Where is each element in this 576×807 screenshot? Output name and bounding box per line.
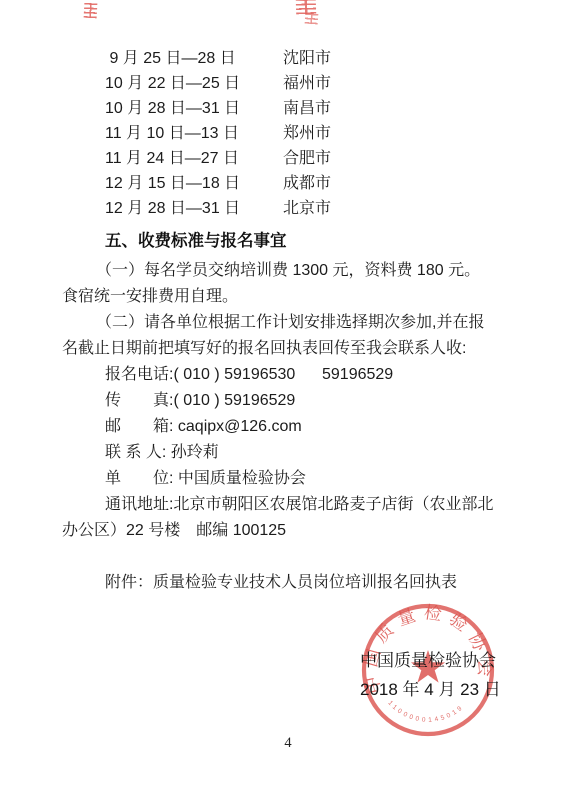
city-name: 郑州市 [283,121,331,146]
city-name: 北京市 [283,196,331,221]
signature-block: 中国质量检验协会 2018 年 4 月 23 日 [360,646,501,704]
city-name: 成都市 [283,171,331,196]
schedule-row: 12 月 28 日—31 日 北京市 [105,196,516,221]
paragraph-line: （二）请各单位根据工作计划安排选择期次参加,并在报 [96,310,516,336]
schedule-row: 10 月 28 日—31 日 南昌市 [105,96,516,121]
attachment-line: 附件：质量检验专业技术人员岗位培训报名回执表 [105,570,516,596]
city-name: 南昌市 [283,96,331,121]
city-name: 合肥市 [283,146,331,171]
schedule-row: 12 月 15 日—18 日 成都市 [105,171,516,196]
date-range: 10 月 28 日—31 日 [105,96,283,121]
stamp-fragment [305,13,319,25]
address-line: 办公区）22 号楼 邮编 100125 [62,518,516,544]
signature-date: 2018 年 4 月 23 日 [360,675,501,704]
schedule-row: 9 月 25 日—28 日 沈阳市 [105,46,516,71]
schedule-row: 11 月 10 日—13 日 郑州市 [105,121,516,146]
date-range: 10 月 22 日—25 日 [105,71,283,96]
city-name: 福州市 [283,71,331,96]
contact-line-unit: 单 位: 中国质量检验协会 [105,466,516,492]
contact-line-email: 邮 箱: caqipx@126.com [105,414,516,440]
city-name: 沈阳市 [283,46,331,71]
date-range: 9 月 25 日—28 日 [105,46,283,71]
section-heading: 五、收费标准与报名事宜 [105,228,516,254]
date-range: 11 月 24 日—27 日 [105,146,283,171]
date-range: 11 月 10 日—13 日 [105,121,283,146]
contact-line-phone: 报名电话:( 010 ) 59196530 59196529 [105,362,516,388]
document-page: 9 月 25 日—28 日 沈阳市 10 月 22 日—25 日 福州市 10 … [0,0,576,807]
contact-line-person: 联 系 人: 孙玲莉 [105,440,516,466]
document-body: 9 月 25 日—28 日 沈阳市 10 月 22 日—25 日 福州市 10 … [62,46,516,596]
schedule-row: 11 月 24 日—27 日 合肥市 [105,146,516,171]
date-range: 12 月 15 日—18 日 [105,171,283,196]
stamp-fragment [84,3,98,19]
schedule-row: 10 月 22 日—25 日 福州市 [105,71,516,96]
paragraph-line: 食宿统一安排费用自理。 [62,284,516,310]
paragraph-line: 名截止日期前把填写好的报名回执表回传至我会联系人收: [62,336,516,362]
date-range: 12 月 28 日—31 日 [105,196,283,221]
paragraph-line: （一）每名学员交纳培训费 1300 元，资料费 180 元。 [96,258,516,284]
contact-line-fax: 传 真:( 010 ) 59196529 [105,388,516,414]
address-line: 通讯地址:北京市朝阳区农展馆北路麦子店街（农业部北 [105,492,516,518]
signature-org: 中国质量检验协会 [360,646,501,675]
